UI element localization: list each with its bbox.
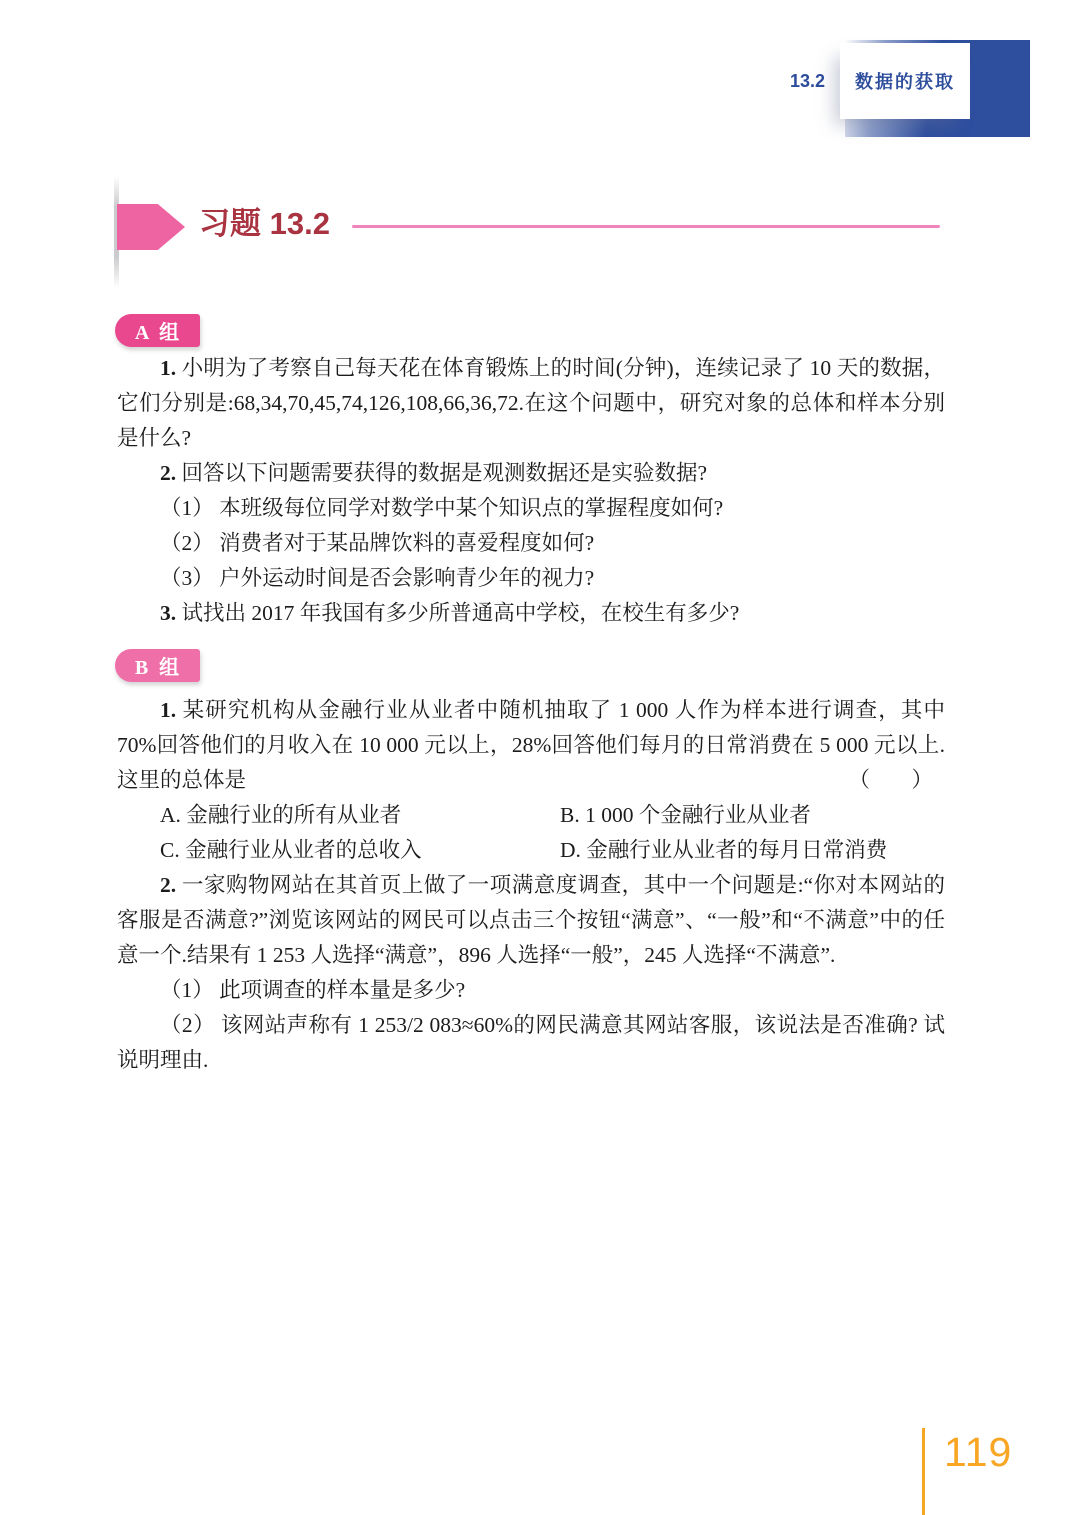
section-number: 13.2 bbox=[790, 71, 836, 92]
footer-accent-line bbox=[922, 1428, 925, 1515]
choice-label: D. bbox=[560, 838, 581, 862]
group-b-badge: B 组 bbox=[115, 649, 200, 682]
problem-text: （3） 户外运动时间是否会影响青少年的视力? bbox=[160, 566, 594, 590]
choice-b: B. 1 000 个金融行业从业者 bbox=[560, 798, 945, 833]
problem-text: 一家购物网站在其首页上做了一项满意度调查，其中一个问题是:“你对本网站的客服是否… bbox=[117, 873, 945, 967]
problem-b2: 2. 一家购物网站在其首页上做了一项满意度调查，其中一个问题是:“你对本网站的客… bbox=[117, 868, 945, 973]
problem-a2-sub3: （3） 户外运动时间是否会影响青少年的视力? bbox=[117, 561, 945, 596]
problem-text: （1） 本班级每位同学对数学中某个知识点的掌握程度如何? bbox=[160, 496, 723, 520]
problem-number: 3. bbox=[160, 601, 176, 625]
exercise-title: 习题 13.2 bbox=[199, 206, 330, 242]
group-a-problems: 1. 小明为了考察自己每天花在体育锻炼上的时间(分钟)，连续记录了 10 天的数… bbox=[117, 351, 945, 631]
section-title: 数据的获取 bbox=[855, 68, 955, 94]
problem-b2-sub2: （2） 该网站声称有 1 253/2 083≈60%的网民满意其网站客服，该说法… bbox=[117, 1008, 945, 1078]
page-number: 119 bbox=[944, 1429, 1012, 1476]
title-rule-line bbox=[352, 225, 940, 228]
problem-b2-sub1: （1） 此项调查的样本量是多少? bbox=[117, 973, 945, 1008]
group-b-problems: 1. 某研究机构从金融行业从业者中随机抽取了 1 000 人作为样本进行调查，其… bbox=[117, 693, 945, 1078]
problem-number: 1. bbox=[160, 356, 176, 380]
problem-b1: 1. 某研究机构从金融行业从业者中随机抽取了 1 000 人作为样本进行调查，其… bbox=[117, 693, 945, 798]
problem-text: 回答以下问题需要获得的数据是观测数据还是实验数据? bbox=[176, 461, 707, 485]
problem-text: 试找出 2017 年我国有多少所普通高中学校，在校生有多少? bbox=[176, 601, 739, 625]
choice-text: 金融行业从业者的每月日常消费 bbox=[581, 838, 887, 862]
problem-text: 小明为了考察自己每天花在体育锻炼上的时间(分钟)，连续记录了 10 天的数据，它… bbox=[117, 356, 945, 450]
answer-bracket: （ ） bbox=[848, 763, 943, 798]
problem-a2-sub2: （2） 消费者对于某品牌饮料的喜爱程度如何? bbox=[117, 526, 945, 561]
choice-a: A. 金融行业的所有从业者 bbox=[160, 798, 560, 833]
group-b-label: B 组 bbox=[135, 651, 182, 680]
problem-a2-sub1: （1） 本班级每位同学对数学中某个知识点的掌握程度如何? bbox=[117, 491, 945, 526]
choice-text: 金融行业从业者的总收入 bbox=[180, 838, 422, 862]
choice-label: B. bbox=[560, 803, 580, 827]
choice-text: 金融行业的所有从业者 bbox=[181, 803, 401, 827]
problem-a1: 1. 小明为了考察自己每天花在体育锻炼上的时间(分钟)，连续记录了 10 天的数… bbox=[117, 351, 945, 456]
choice-c: C. 金融行业从业者的总收入 bbox=[160, 833, 560, 868]
problem-text: 某研究机构从金融行业从业者中随机抽取了 1 000 人作为样本进行调查，其中 7… bbox=[117, 698, 945, 792]
choice-d: D. 金融行业从业者的每月日常消费 bbox=[560, 833, 945, 868]
group-a-label: A 组 bbox=[135, 316, 182, 345]
problem-number: 2. bbox=[160, 461, 176, 485]
problem-a2: 2. 回答以下问题需要获得的数据是观测数据还是实验数据? bbox=[117, 456, 945, 491]
choice-label: A. bbox=[160, 803, 181, 827]
choice-row-2: C. 金融行业从业者的总收入 D. 金融行业从业者的每月日常消费 bbox=[160, 833, 945, 868]
problem-a3: 3. 试找出 2017 年我国有多少所普通高中学校，在校生有多少? bbox=[117, 596, 945, 631]
header-title-box: 数据的获取 bbox=[840, 43, 970, 119]
choice-label: C. bbox=[160, 838, 180, 862]
problem-text: （2） 该网站声称有 1 253/2 083≈60%的网民满意其网站客服，该说法… bbox=[117, 1013, 945, 1072]
problem-number: 1. bbox=[160, 698, 176, 722]
problem-number: 2. bbox=[160, 873, 176, 897]
choice-row-1: A. 金融行业的所有从业者 B. 1 000 个金融行业从业者 bbox=[160, 798, 945, 833]
group-a-badge: A 组 bbox=[115, 314, 200, 347]
problem-text: （2） 消费者对于某品牌饮料的喜爱程度如何? bbox=[160, 531, 594, 555]
choice-text: 1 000 个金融行业从业者 bbox=[580, 803, 811, 827]
pink-arrow-icon bbox=[117, 204, 185, 250]
problem-text: （1） 此项调查的样本量是多少? bbox=[160, 978, 465, 1002]
